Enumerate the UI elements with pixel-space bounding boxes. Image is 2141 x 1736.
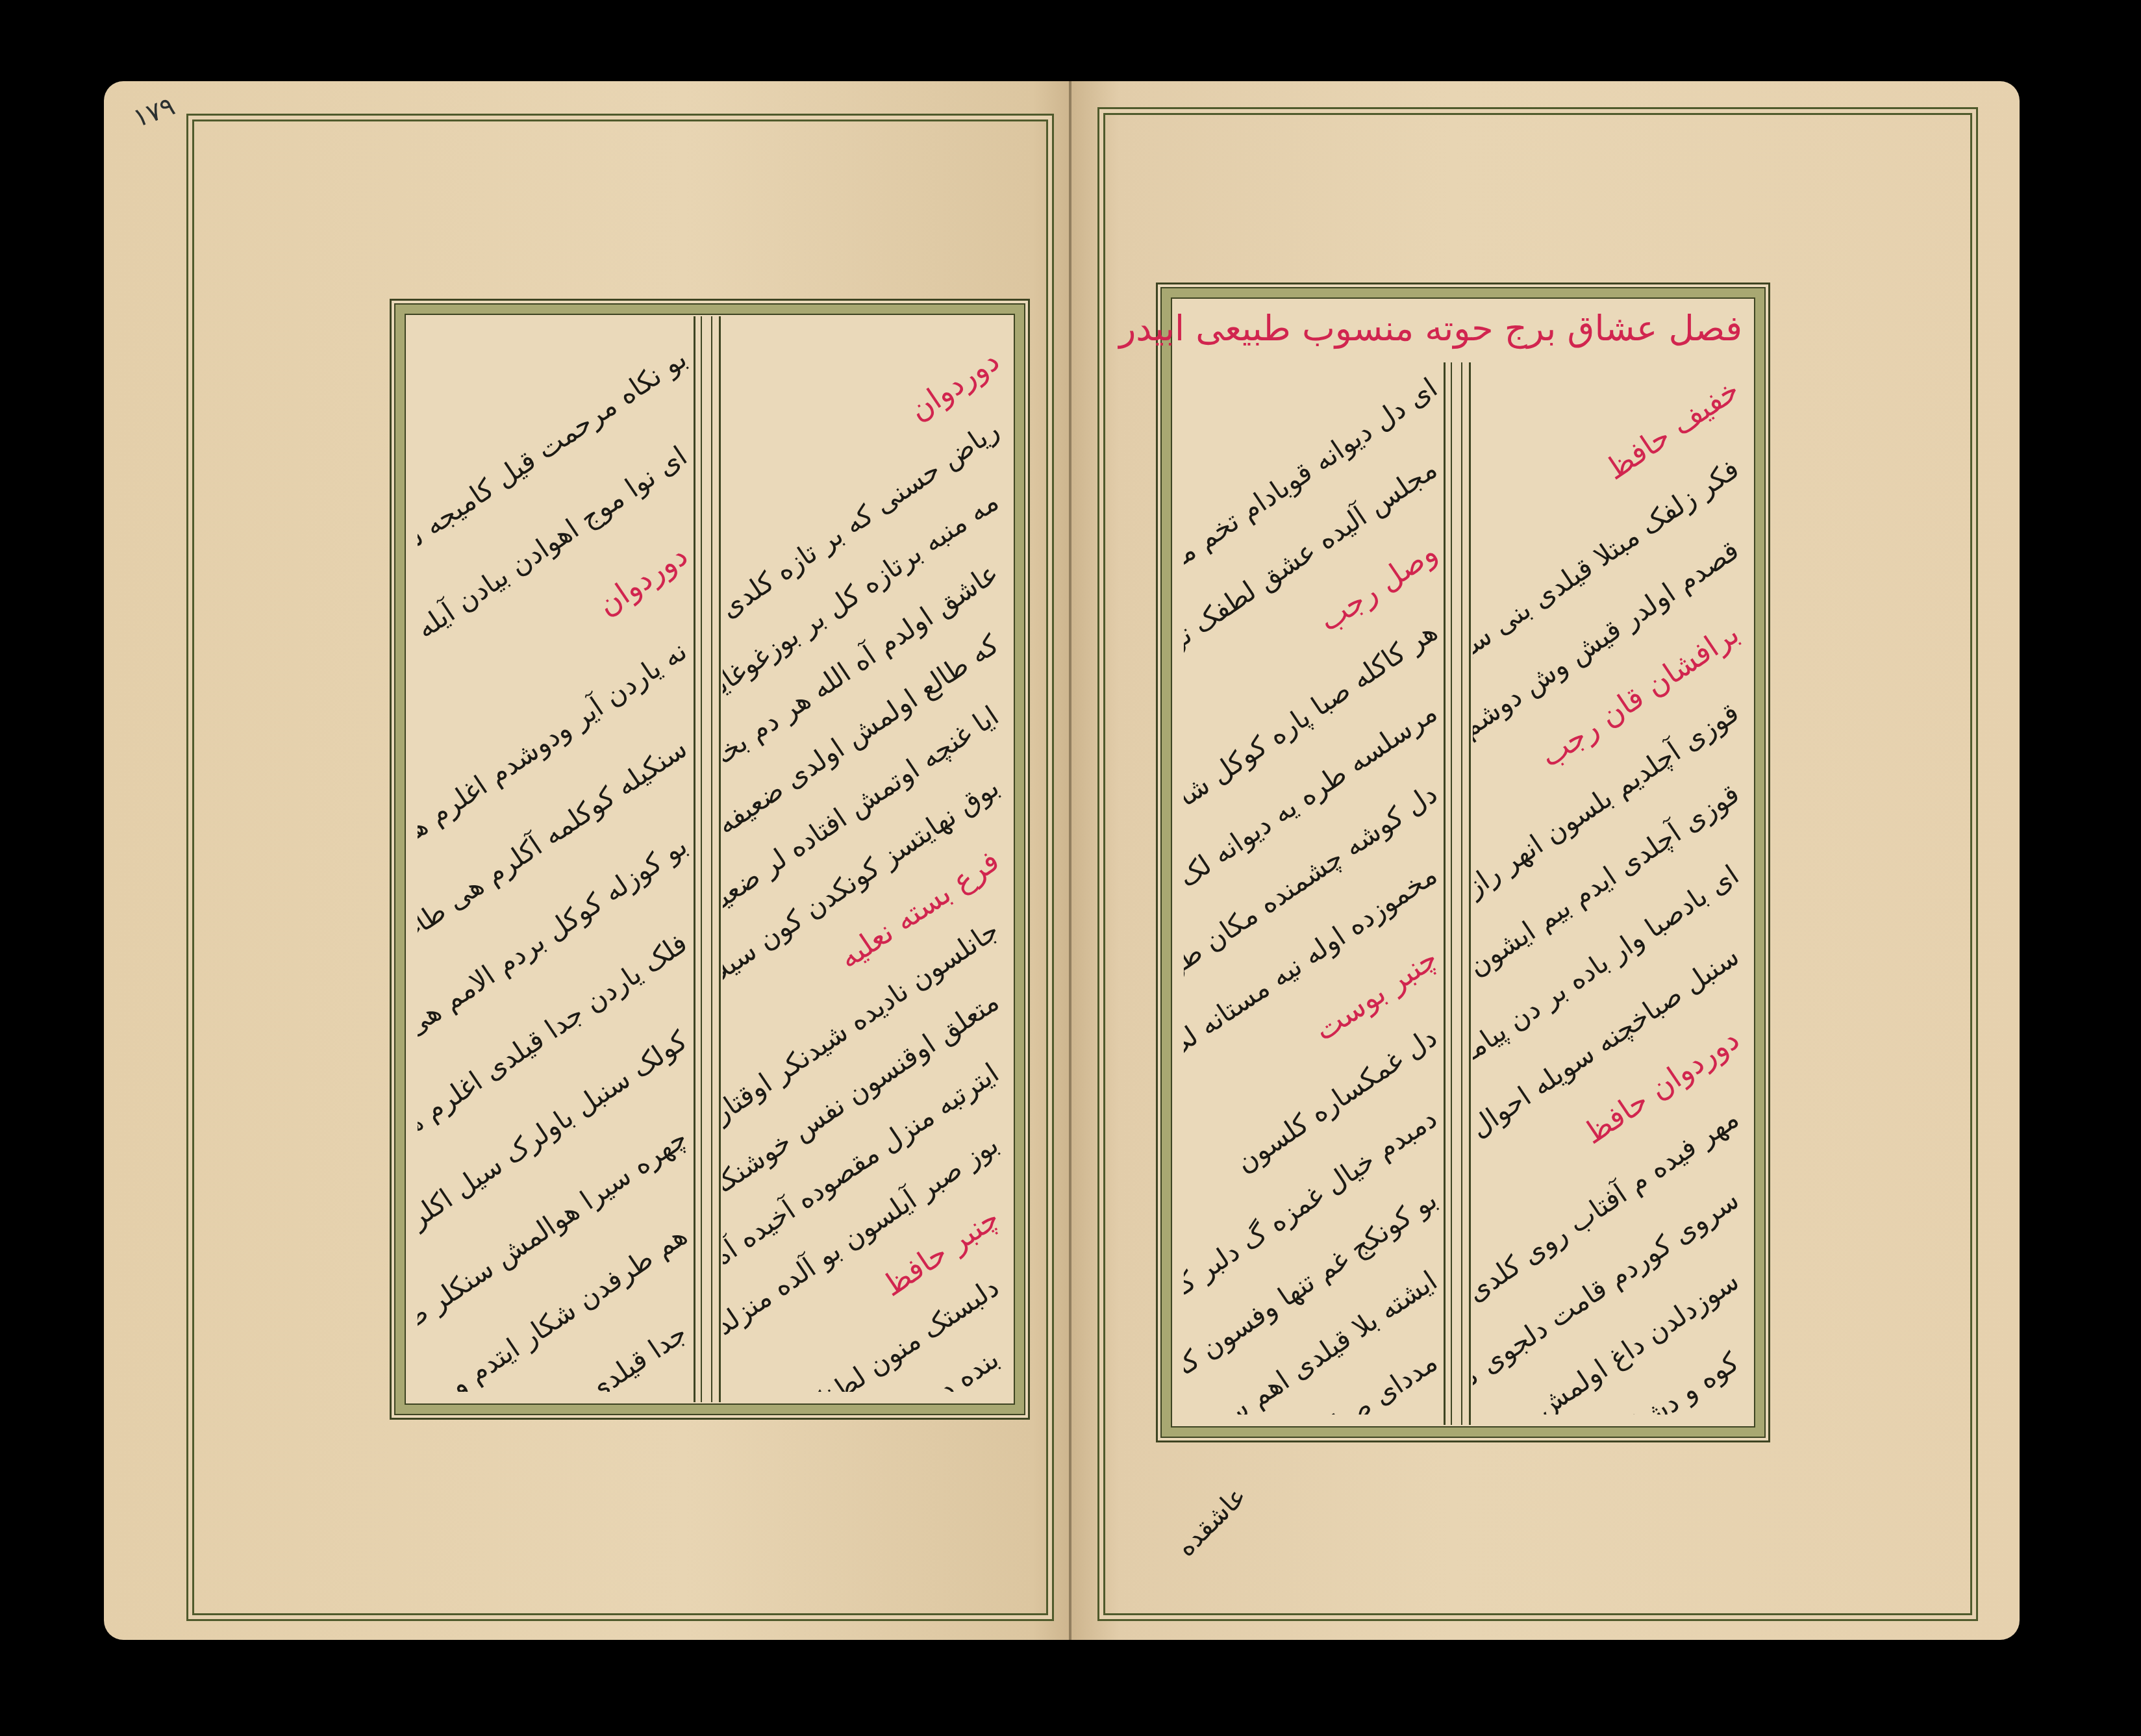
right-page-left-column: ای دل دیوانه قوبادام تخم مجنون سنمجلس آل… (1184, 356, 1440, 1415)
left-page-right-column: دوردوانریاض حسنی که بر تازه کلدی غنایهمه… (723, 327, 1002, 1392)
left-text-block: بو نکاه مرحمت قیل کامیجه سیل الدهای نوا … (390, 299, 1030, 1420)
book-gutter (1069, 81, 1071, 1640)
verse-line: دل غمکساره کلسون (1230, 1021, 1440, 1179)
right-page-right-column: خفیف حافظفکر زلفک مبتلا قیلدی بنی سودا ا… (1473, 356, 1742, 1415)
left-page-left-column: بو نکاه مرحمت قیل کامیجه سیل الدهای نوا … (418, 327, 690, 1392)
verse-line: قصدم اولدر قیش وش دوشم صحرا الده (1473, 534, 1742, 814)
chapter-heading: فصل عشاق برج حوته منسوب طبیعی ابیدر (1119, 308, 1742, 349)
right-text-block: فصل عشاق برج حوته منسوب طبیعی ابیدر ای د… (1156, 283, 1770, 1442)
rubric-heading: دوردوان (591, 538, 690, 623)
rubric-heading: برافشان قان رجب (1534, 616, 1742, 774)
verse-line: ای نوا موج اهوادن بیادن آیله (418, 440, 690, 644)
column-divider (1444, 362, 1471, 1425)
column-divider (694, 316, 721, 1402)
